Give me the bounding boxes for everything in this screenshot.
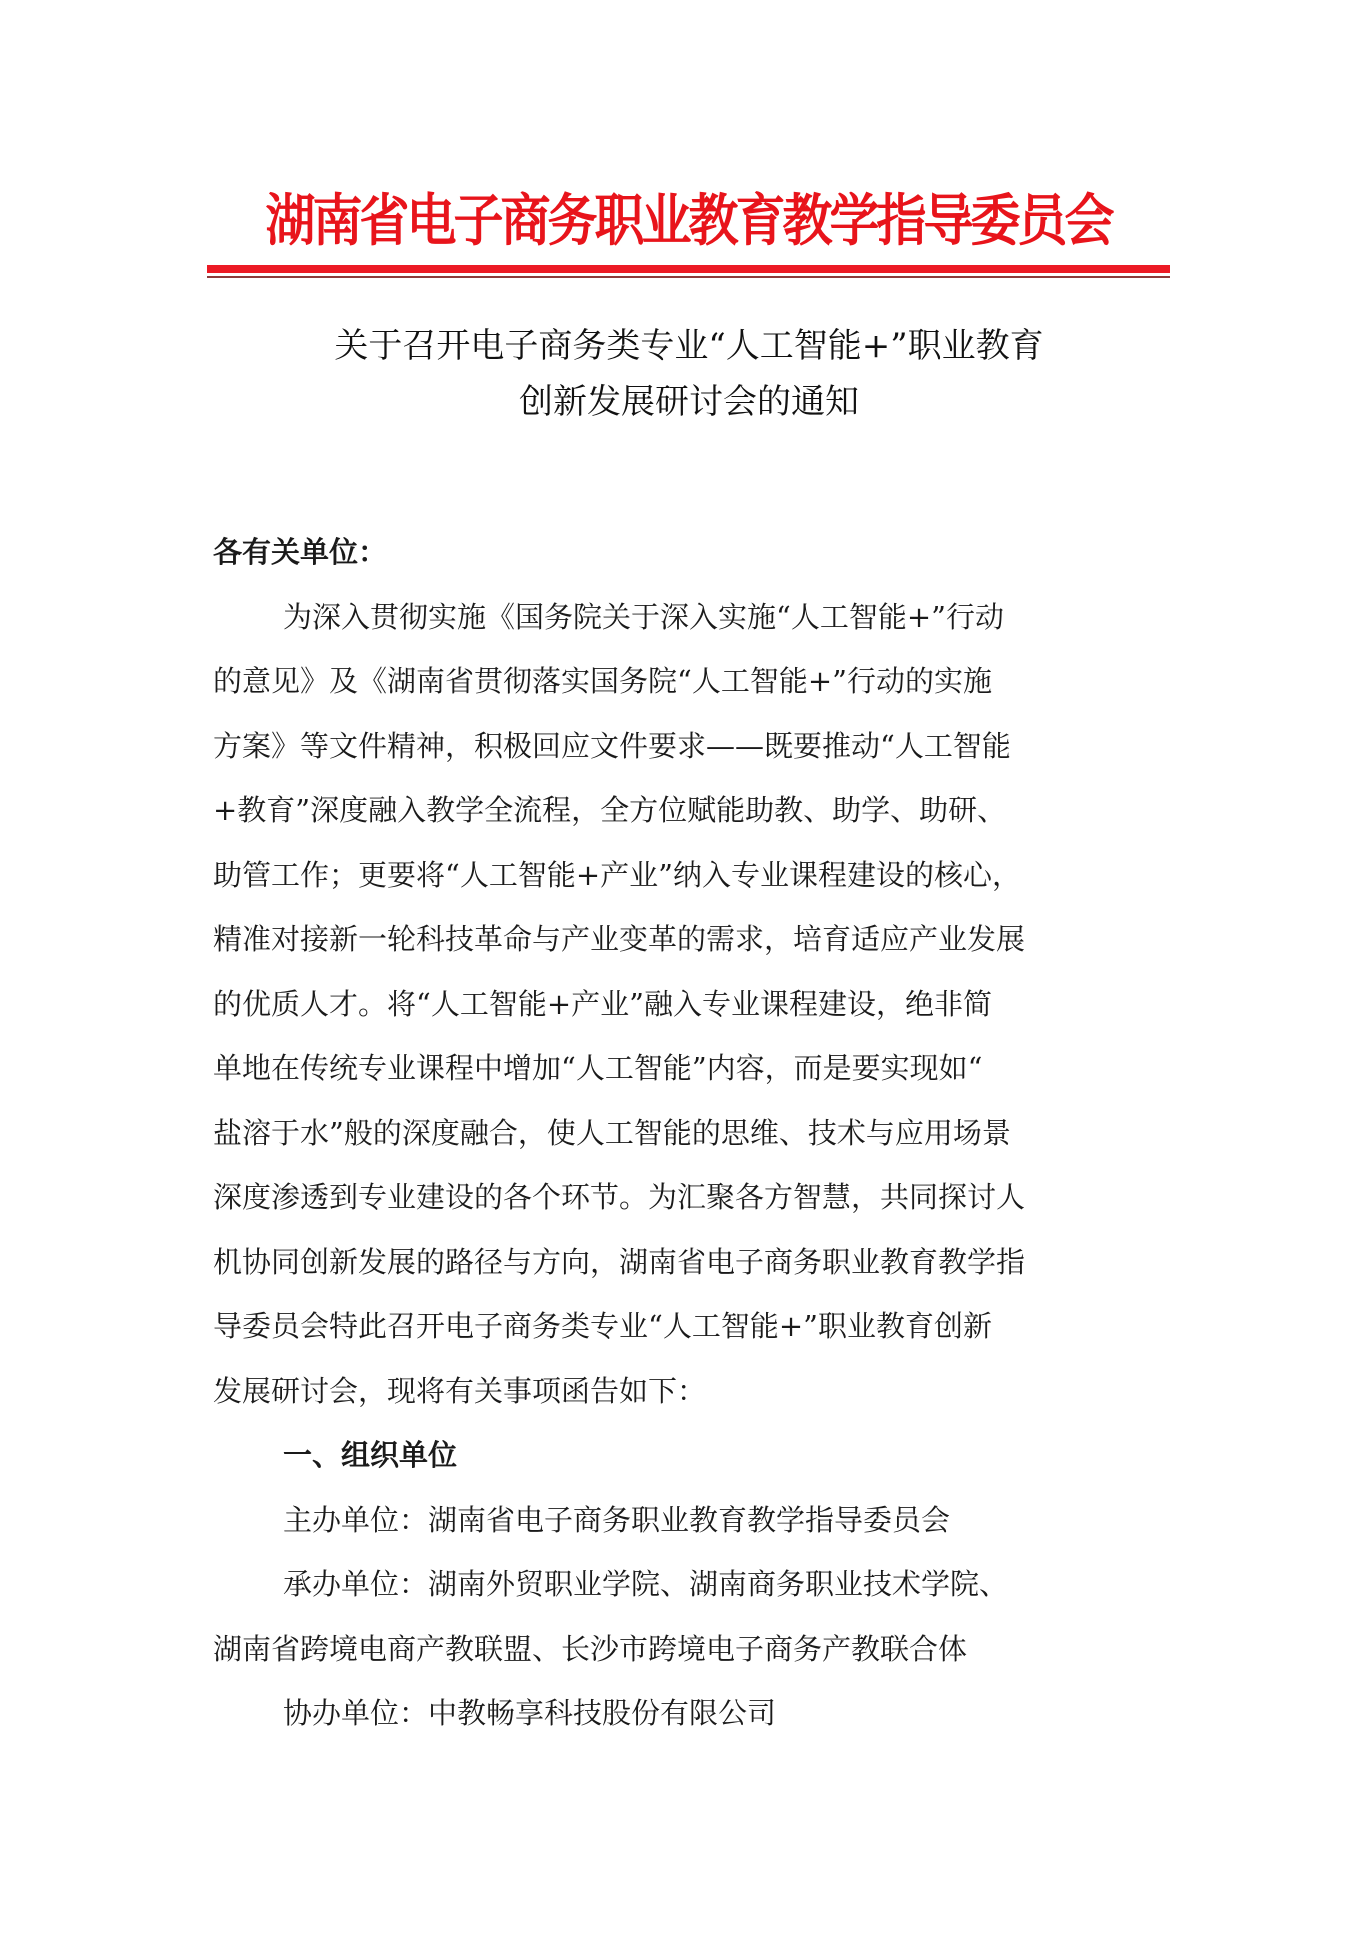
letterhead-divider-thick	[207, 265, 1170, 273]
body-line: 深度渗透到专业建设的各个环节。为汇聚各方智慧，共同探讨人	[213, 1165, 1169, 1230]
body-line: 的意见》及《湖南省贯彻落实国务院“人工智能+”行动的实施	[213, 649, 1169, 714]
document-title: 关于召开电子商务类专业“人工智能+”职业教育 创新发展研讨会的通知	[213, 318, 1165, 430]
body-line: 机协同创新发展的路径与方向，湖南省电子商务职业教育教学指	[213, 1230, 1169, 1295]
body-line: 方案》等文件精神，积极回应文件要求——既要推动“人工智能	[213, 714, 1169, 779]
section-heading-organizers: 一、组织单位	[213, 1423, 1169, 1488]
organizer-unit-line-2: 湖南省跨境电商产教联盟、长沙市跨境电子商务产教联合体	[213, 1617, 1169, 1682]
body-line: 发展研讨会，现将有关事项函告如下：	[213, 1359, 1169, 1424]
co-organizer-unit: 协办单位：中教畅享科技股份有限公司	[213, 1681, 1169, 1746]
body-line: 为深入贯彻实施《国务院关于深入实施“人工智能+”行动	[213, 585, 1169, 650]
title-line-2: 创新发展研讨会的通知	[213, 374, 1165, 430]
body-line: 的优质人才。将“人工智能+产业”融入专业课程建设，绝非简	[213, 972, 1169, 1037]
letterhead-divider-thin	[207, 276, 1170, 278]
organizer-unit-line-1: 承办单位：湖南外贸职业学院、湖南商务职业技术学院、	[213, 1552, 1169, 1617]
body-line: 精准对接新一轮科技革命与产业变革的需求，培育适应产业发展	[213, 907, 1169, 972]
greeting: 各有关单位：	[213, 520, 1169, 585]
body-line: 导委员会特此召开电子商务类专业“人工智能+”职业教育创新	[213, 1294, 1169, 1359]
body-line: 盐溶于水”般的深度融合，使人工智能的思维、技术与应用场景	[213, 1101, 1169, 1166]
body-line: 单地在传统专业课程中增加“人工智能”内容，而是要实现如“	[213, 1036, 1169, 1101]
body-line: 助管工作；更要将“人工智能+产业”纳入专业课程建设的核心，	[213, 843, 1169, 908]
host-unit: 主办单位：湖南省电子商务职业教育教学指导委员会	[213, 1488, 1169, 1553]
title-line-1: 关于召开电子商务类专业“人工智能+”职业教育	[213, 318, 1165, 374]
document-body: 各有关单位： 为深入贯彻实施《国务院关于深入实施“人工智能+”行动 的意见》及《…	[213, 520, 1169, 1746]
document-page: 湖南省电子商务职业教育教学指导委员会 关于召开电子商务类专业“人工智能+”职业教…	[0, 0, 1366, 1933]
body-line: +教育”深度融入教学全流程，全方位赋能助教、助学、助研、	[213, 778, 1169, 843]
organization-letterhead: 湖南省电子商务职业教育教学指导委员会	[207, 182, 1170, 260]
